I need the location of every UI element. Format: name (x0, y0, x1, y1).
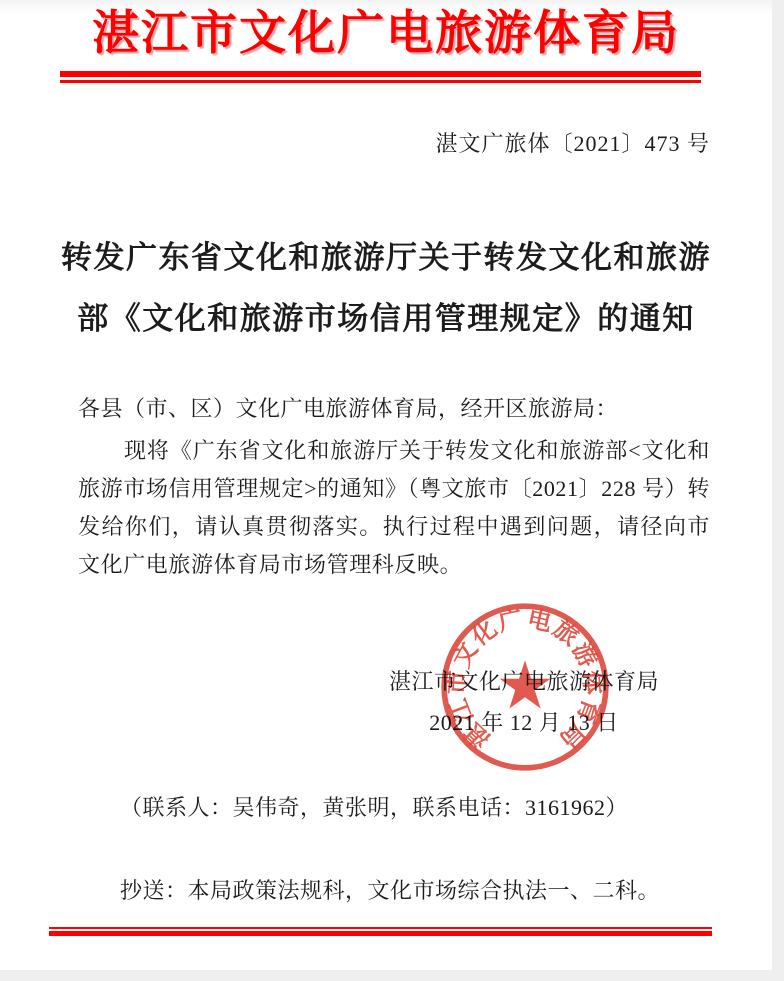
letterhead-rule-thin (60, 80, 701, 83)
page-right-edge (772, 0, 784, 981)
page-bottom-edge (0, 970, 784, 981)
body-paragraph: 现将《广东省文化和旅游厅关于转发文化和旅游部<文化和旅游市场信用管理规定>的通知… (78, 432, 710, 584)
letterhead-agency-name: 湛江市文化广电旅游体育局 (0, 0, 772, 68)
official-seal-stamp-icon: 湛江市文化广电旅游体育局 (438, 600, 612, 774)
letterhead-double-rule (60, 71, 701, 83)
footer-double-rule (49, 927, 712, 936)
footer-rule-thick (49, 931, 712, 936)
contact-info-line: （联系人：吴伟奇，黄张明，联系电话：3161962） (120, 791, 628, 822)
document-title: 转发广东省文化和旅游厅关于转发文化和旅游 部《文化和旅游市场信用管理规定》的通知 (0, 227, 772, 349)
salutation-line: 各县（市、区）文化广电旅游体育局，经开区旅游局： (78, 392, 618, 426)
carbon-copy-line: 抄送：本局政策法规科，文化市场综合执法一、二科。 (120, 874, 660, 905)
document-page: 湛江市文化广电旅游体育局 湛文广旅体〔2021〕473 号 转发广东省文化和旅游… (0, 0, 784, 981)
document-title-line2: 部《文化和旅游市场信用管理规定》的通知 (0, 288, 772, 349)
document-reference-number: 湛文广旅体〔2021〕473 号 (0, 127, 710, 158)
footer-rule-thin (49, 927, 712, 929)
seal-star-icon (500, 660, 551, 708)
document-title-line1: 转发广东省文化和旅游厅关于转发文化和旅游 (0, 227, 772, 288)
letterhead-rule-thick (60, 71, 701, 77)
